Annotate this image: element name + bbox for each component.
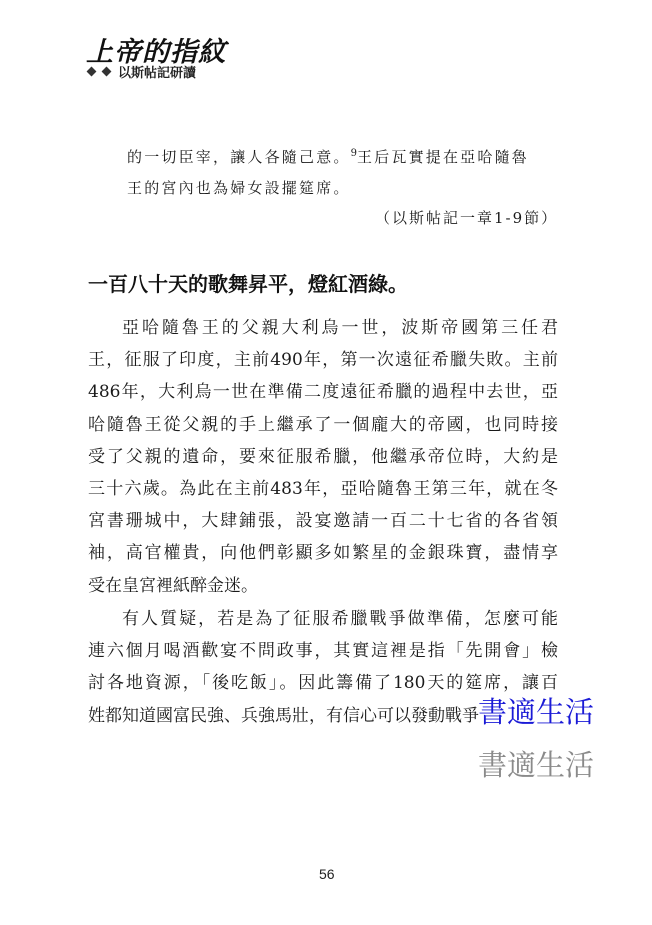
text-line: 受在皇宮裡紙醉金迷。 bbox=[88, 570, 558, 602]
quote-line-1: 的一切臣宰，讓人各隨己意。9王后瓦實提在亞哈隨魯 bbox=[127, 142, 567, 173]
text-line: 宮書珊城中，大肆鋪張，設宴邀請一百二十七省的各省領 bbox=[88, 505, 558, 537]
header-subtitle-row: 以斯帖記研讀 bbox=[86, 62, 196, 81]
text-line: 連六個月喝酒歡宴不問政事，其實這裡是指「先開會」檢 bbox=[88, 635, 558, 667]
diamond-ornament-icon bbox=[87, 67, 97, 77]
text-line: 受了父親的遺命，要來征服希臘，他繼承帝位時，大約是 bbox=[88, 441, 558, 473]
text-line: 王，征服了印度，主前490年，第一次遠征希臘失敗。主前 bbox=[88, 344, 558, 376]
text-line: 哈隨魯王從父親的手上繼承了一個龐大的帝國，也同時接 bbox=[88, 409, 558, 441]
text-line: 486年，大利烏一世在準備二度遠征希臘的過程中去世，亞 bbox=[88, 376, 558, 408]
book-subtitle: 以斯帖記研讀 bbox=[118, 62, 196, 81]
scripture-reference: （以斯帖記一章1-9節） bbox=[375, 207, 558, 228]
quote-line-2: 王的宮內也為婦女設擺筵席。 bbox=[127, 173, 567, 204]
page-number: 56 bbox=[319, 866, 335, 882]
text-line: 有人質疑，若是為了征服希臘戰爭做準備，怎麼可能 bbox=[88, 603, 558, 635]
text-line: 袖，高官權貴，向他們彰顯多如繁星的金銀珠寶，盡情享 bbox=[88, 537, 558, 569]
paragraph-1: 亞哈隨魯王的父親大利烏一世，波斯帝國第三任君 王，征服了印度，主前490年，第一… bbox=[88, 312, 558, 602]
text-line: 三十六歲。為此在主前483年，亞哈隨魯王第三年，就在冬 bbox=[88, 473, 558, 505]
diamond-ornament-icon bbox=[102, 67, 112, 77]
scripture-quote: 的一切臣宰，讓人各隨己意。9王后瓦實提在亞哈隨魯 王的宮內也為婦女設擺筵席。 bbox=[127, 142, 567, 204]
watermark-blue: 書適生活 bbox=[478, 690, 594, 731]
text-line: 亞哈隨魯王的父親大利烏一世，波斯帝國第三任君 bbox=[88, 312, 558, 344]
running-header: 上帝的指紋 以斯帖記研讀 bbox=[86, 30, 266, 85]
watermark-gray: 書適生活 bbox=[478, 743, 594, 784]
section-heading: 一百八十天的歌舞昇平，燈紅酒綠。 bbox=[88, 268, 408, 297]
